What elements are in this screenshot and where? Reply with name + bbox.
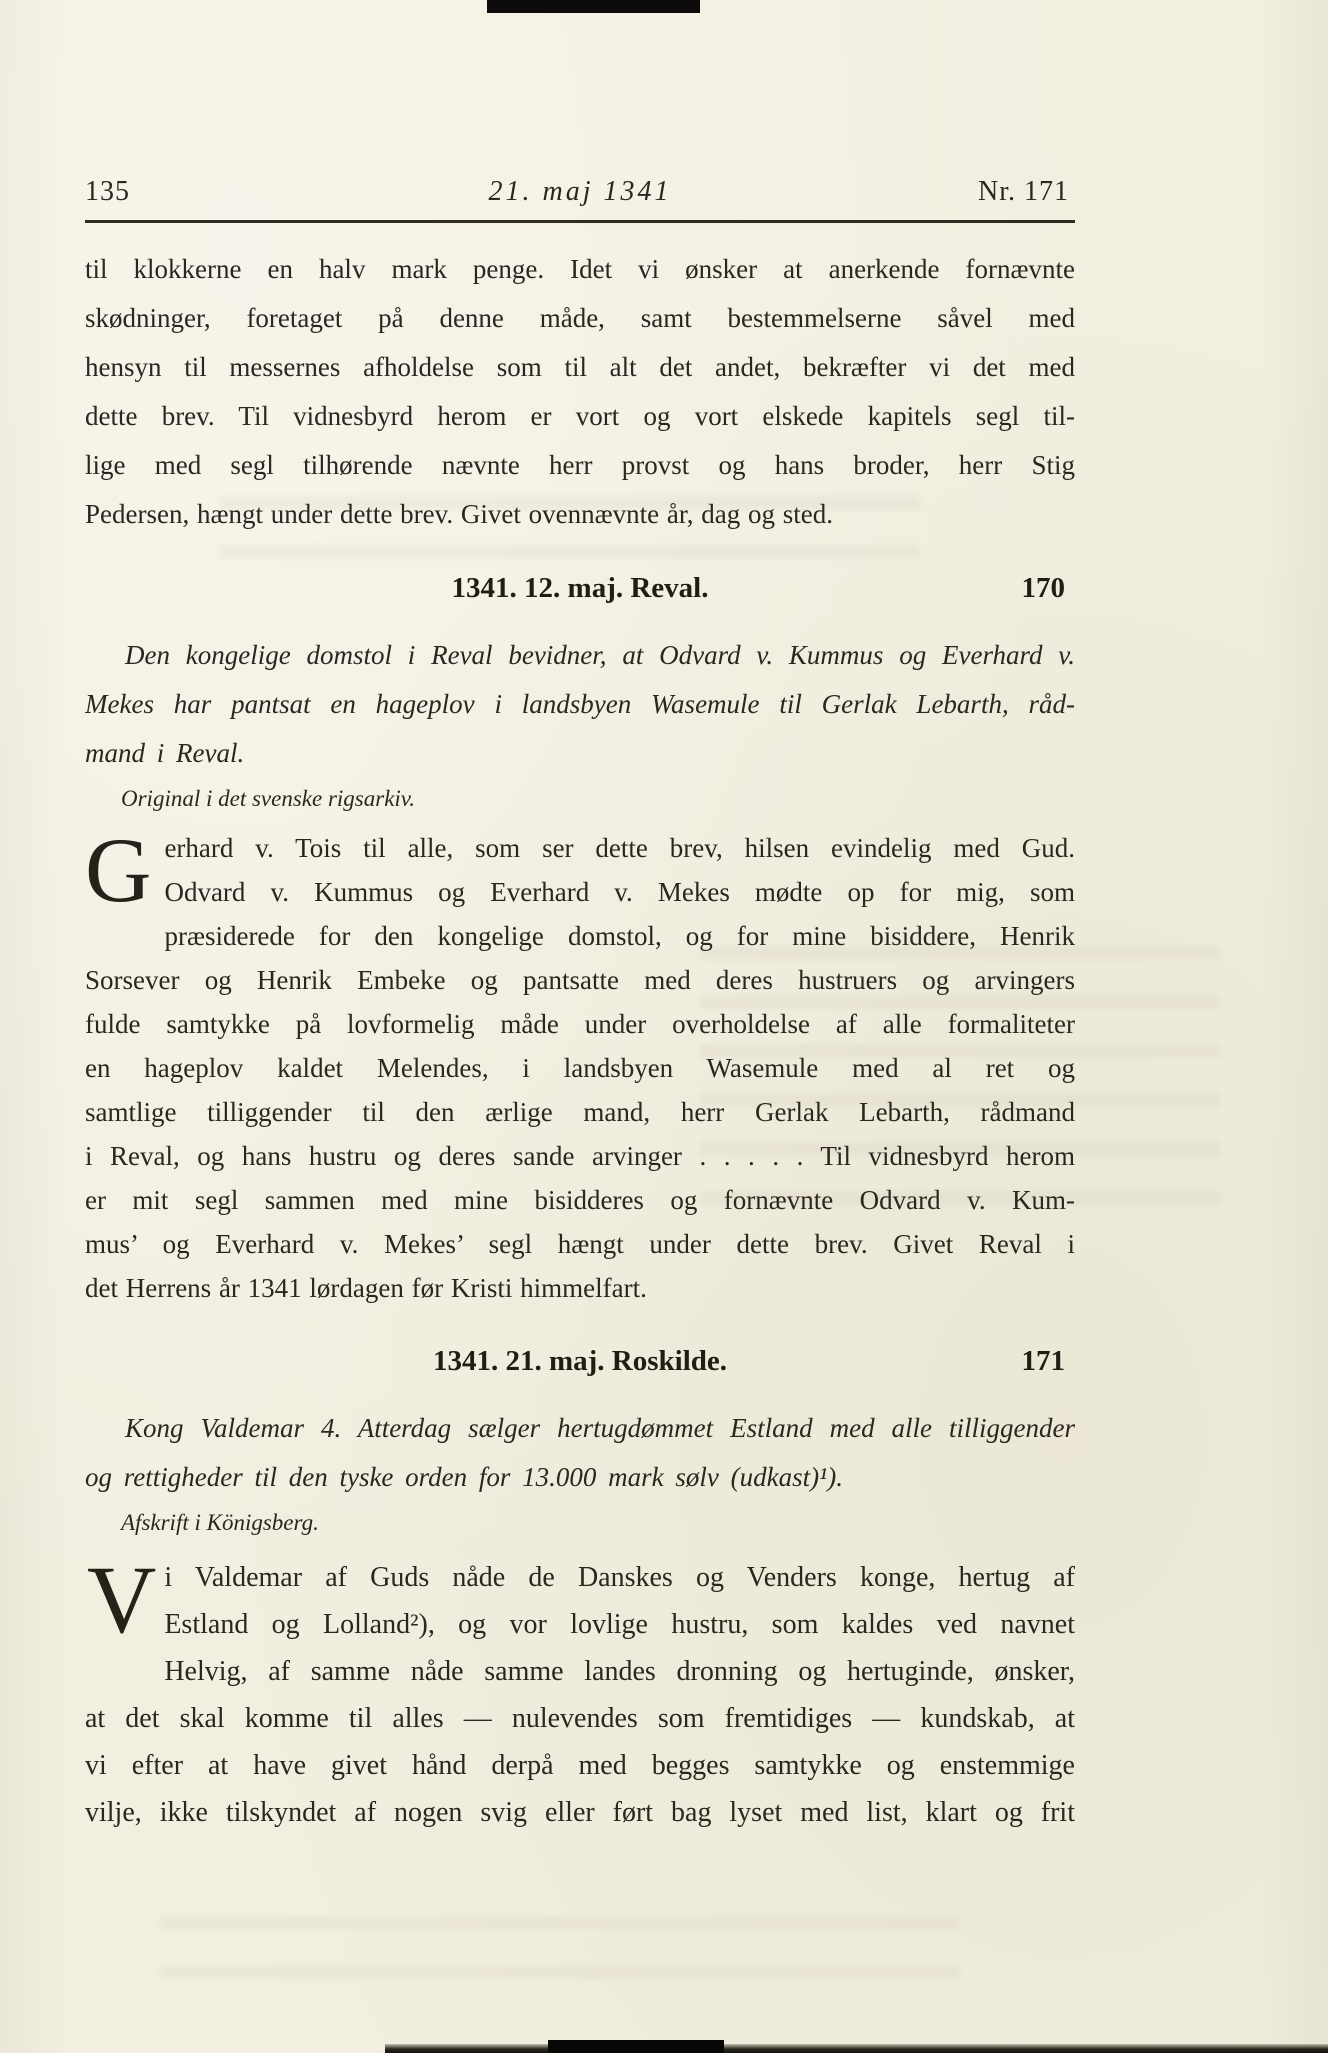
page-header: 135 21. maj 1341 Nr. 171 bbox=[85, 172, 1075, 208]
text-line: Helvig, af samme nåde samme landes dronn… bbox=[164, 1648, 1075, 1695]
entry-171-source-note: Afskrift i Königsberg. bbox=[85, 1506, 1075, 1540]
scanned-book-page: 135 21. maj 1341 Nr. 171 til klokkerne e… bbox=[0, 0, 1328, 2053]
text-line: en hageplov kaldet Melendes, i landsbyen… bbox=[85, 1046, 1075, 1090]
text-line: i Reval, og hans hustru og deres sande a… bbox=[85, 1134, 1075, 1178]
text-block: 135 21. maj 1341 Nr. 171 til klokkerne e… bbox=[85, 172, 1075, 1836]
drop-cap-initial: G bbox=[85, 826, 164, 916]
text-line: Kong Valdemar 4. Atterdag sælger hertugd… bbox=[85, 1404, 1075, 1453]
text-line: dette brev. Til vidnesbyrd herom er vort… bbox=[85, 392, 1075, 441]
entry-170-source-note: Original i det svenske rigsarkiv. bbox=[85, 782, 1075, 816]
text-line: det Herrens år 1341 lørdagen før Kristi … bbox=[85, 1266, 1075, 1310]
entry-170-date-place: 1341. 12. maj. Reval. bbox=[452, 572, 709, 604]
text-line: hensyn til messernes afholdelse som til … bbox=[85, 343, 1075, 392]
entry-170-number: 170 bbox=[1022, 569, 1066, 607]
entry-171-summary: Kong Valdemar 4. Atterdag sælger hertugd… bbox=[85, 1404, 1075, 1502]
text-line: mus’ og Everhard v. Mekes’ segl hængt un… bbox=[85, 1222, 1075, 1266]
text-line: og rettigheder til den tyske orden for 1… bbox=[85, 1453, 1075, 1502]
running-title: 21. maj 1341 bbox=[85, 176, 1075, 208]
text-line: vilje, ikke tilskyndet af nogen svig ell… bbox=[85, 1789, 1075, 1836]
text-line: i Valdemar af Guds nåde de Danskes og Ve… bbox=[164, 1554, 1075, 1601]
text-line: er mit segl sammen med mine bisidderes o… bbox=[85, 1178, 1075, 1222]
entry-170-body: G erhard v. Tois til alle, som ser dette… bbox=[85, 826, 1075, 1310]
entry-170-summary: Den kongelige domstol i Reval bevidner, … bbox=[85, 631, 1075, 778]
drop-cap-initial: V bbox=[85, 1554, 164, 1650]
entry-171-number: 171 bbox=[1022, 1342, 1066, 1380]
header-rule bbox=[85, 220, 1075, 223]
entry-171-heading: 1341. 21. maj. Roskilde. 171 bbox=[85, 1342, 1075, 1380]
document-number-label: Nr. 171 bbox=[978, 176, 1069, 208]
text-line: Mekes har pantsat en hageplov i landsbye… bbox=[85, 680, 1075, 729]
text-line: mand i Reval. bbox=[85, 729, 1075, 778]
text-line: at det skal komme til alles — nulevendes… bbox=[85, 1695, 1075, 1742]
text-line: lige med segl tilhørende nævnte herr pro… bbox=[85, 441, 1075, 490]
entry-171-body: V i Valdemar af Guds nåde de Danskes og … bbox=[85, 1554, 1075, 1836]
text-line: skødninger, foretaget på denne måde, sam… bbox=[85, 294, 1075, 343]
text-line: samtlige tilliggender til den ærlige man… bbox=[85, 1090, 1075, 1134]
entry-171-date-place: 1341. 21. maj. Roskilde. bbox=[433, 1345, 727, 1377]
continuation-paragraph: til klokkerne en halv mark penge. Idet v… bbox=[85, 245, 1075, 539]
text-line: til klokkerne en halv mark penge. Idet v… bbox=[85, 245, 1075, 294]
entry-170-body-lines: erhard v. Tois til alle, som ser dette b… bbox=[85, 826, 1075, 1310]
entry-170-heading: 1341. 12. maj. Reval. 170 bbox=[85, 569, 1075, 607]
section-gap bbox=[85, 1310, 1075, 1318]
text-line: erhard v. Tois til alle, som ser dette b… bbox=[164, 826, 1075, 870]
text-line: præsiderede for den kongelige domstol, o… bbox=[164, 914, 1075, 958]
entry-171-body-lines: i Valdemar af Guds nåde de Danskes og Ve… bbox=[85, 1554, 1075, 1836]
text-line: fulde samtykke på lovformelig måde under… bbox=[85, 1002, 1075, 1046]
text-line: Sorsever og Henrik Embeke og pantsatte m… bbox=[85, 958, 1075, 1002]
text-line: Den kongelige domstol i Reval bevidner, … bbox=[85, 631, 1075, 680]
text-line: Pedersen, hængt under dette brev. Givet … bbox=[85, 490, 1075, 539]
text-line: vi efter at have givet hånd derpå med be… bbox=[85, 1742, 1075, 1789]
scan-artifact-bottom-strip bbox=[385, 2044, 1328, 2053]
text-line: Odvard v. Kummus og Everhard v. Mekes mø… bbox=[164, 870, 1075, 914]
scan-artifact-top-bar bbox=[487, 0, 700, 13]
ink-bleedthrough bbox=[160, 1900, 960, 1990]
text-line: Estland og Lolland²), og vor lovlige hus… bbox=[164, 1601, 1075, 1648]
scan-artifact-bottom-blob bbox=[548, 2040, 724, 2053]
